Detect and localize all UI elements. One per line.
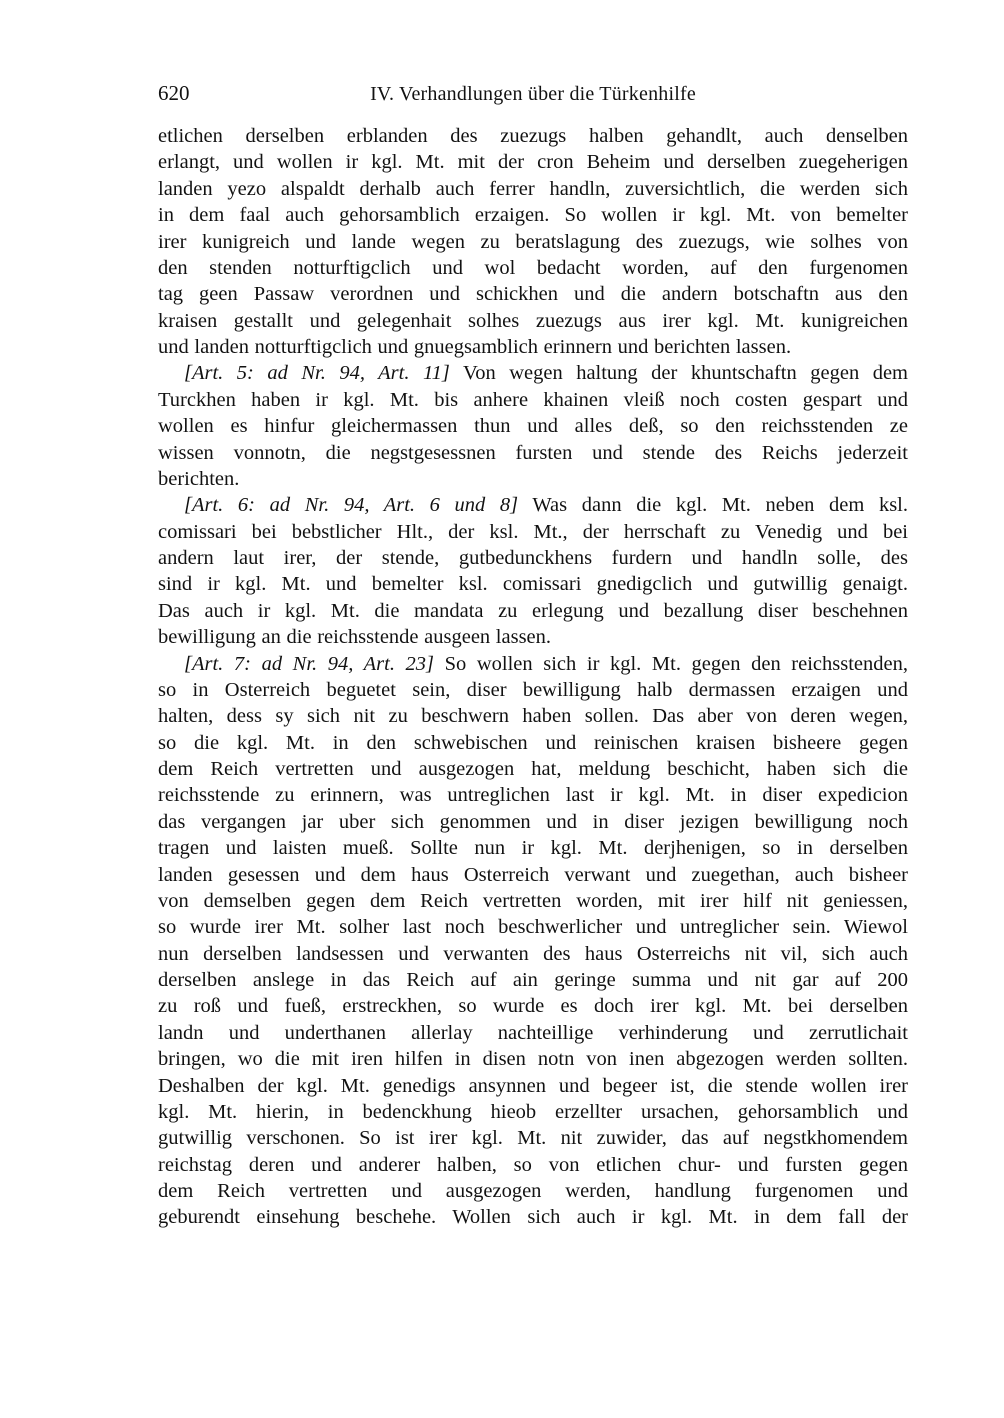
text-line: wollen es hinfur gleichermassen thun und… [158,413,908,439]
text-line: gutwillig verschonen. So ist irer kgl. M… [158,1125,908,1151]
text-line: geburendt einsehung beschehe. Wollen sic… [158,1204,908,1230]
text-line: nun derselben landsessen und verwanten d… [158,941,908,967]
text-line: von demselben gegen dem Reich vertretten… [158,888,908,914]
text-line: kgl. Mt. hierin, in bedenckhung hieob er… [158,1099,908,1125]
text-line: landen gesessen und dem haus Osterreich … [158,862,908,888]
page-body-text: etlichen derselben erblanden des zuezugs… [158,123,908,1231]
text-line: andern laut irer, der stende, gutbedunck… [158,545,908,571]
text-line: reichstag deren und anderer halben, so v… [158,1152,908,1178]
text-line: den stenden notturftigclich und wol beda… [158,255,908,281]
text-line: zu roß und fueß, erstreckhen, so wurde e… [158,993,908,1019]
text-line: erlangt, und wollen ir kgl. Mt. mit der … [158,149,908,175]
text-line: so in Osterreich beguetet sein, diser be… [158,677,908,703]
text-line: [Art. 6: ad Nr. 94, Art. 6 und 8] Was da… [158,492,908,518]
book-page: 620 IV. Verhandlungen über die Türkenhil… [0,0,1004,1418]
text-line: tag geen Passaw verordnen und schickhen … [158,281,908,307]
text-line: in dem faal auch gehorsamblich erzaigen.… [158,202,908,228]
text-line: so wurde irer Mt. solher last noch besch… [158,914,908,940]
text-line: dem Reich vertretten und ausgezogen hat,… [158,756,908,782]
text-line: dem Reich vertretten und ausgezogen werd… [158,1178,908,1204]
text-line: landn und underthanen allerlay nachteill… [158,1020,908,1046]
text-line: [Art. 5: ad Nr. 94, Art. 11] Von wegen h… [158,360,908,386]
text-line: wissen vonnotn, die negstgesessnen furst… [158,440,908,466]
text-line: und landen notturftigclich und gnuegsamb… [158,334,908,360]
text-line: reichsstende zu erinnern, was untreglich… [158,782,908,808]
text-line: bringen, wo die mit iren hilfen in disen… [158,1046,908,1072]
text-line: sind ir kgl. Mt. und bemelter ksl. comis… [158,571,908,597]
page-header: 620 IV. Verhandlungen über die Türkenhil… [158,80,908,108]
text-line: kraisen gestallt und gelegenhait solhes … [158,308,908,334]
article-reference: [Art. 6: ad Nr. 94, Art. 6 und 8] [184,494,518,516]
text-line: Das auch ir kgl. Mt. die mandata zu erle… [158,598,908,624]
text-line: etlichen derselben erblanden des zuezugs… [158,123,908,149]
article-reference: [Art. 7: ad Nr. 94, Art. 23] [184,653,434,675]
text-line: landen yezo alspaldt derhalb auch ferrer… [158,176,908,202]
text-line: so die kgl. Mt. in den schwebischen und … [158,730,908,756]
text-line: Deshalben der kgl. Mt. genedigs ansynnen… [158,1073,908,1099]
text-line: berichten. [158,466,908,492]
text-line: derselben anslege in das Reich auf ain g… [158,967,908,993]
running-header: IV. Verhandlungen über die Türkenhilfe [158,81,908,107]
text-line: Turckhen haben ir kgl. Mt. bis anhere kh… [158,387,908,413]
text-line: comissari bei bebstlicher Hlt., der ksl.… [158,519,908,545]
text-line: bewilligung an die reichsstende ausgeen … [158,624,908,650]
article-reference: [Art. 5: ad Nr. 94, Art. 11] [184,362,450,384]
text-line: [Art. 7: ad Nr. 94, Art. 23] So wollen s… [158,651,908,677]
text-line: irer kunigreich und lande wegen zu berat… [158,229,908,255]
text-line: das vergangen jar uber sich genommen und… [158,809,908,835]
text-line: tragen und laisten mueß. Sollte nun ir k… [158,835,908,861]
text-line: halten, dess sy sich nit zu beschwern ha… [158,703,908,729]
